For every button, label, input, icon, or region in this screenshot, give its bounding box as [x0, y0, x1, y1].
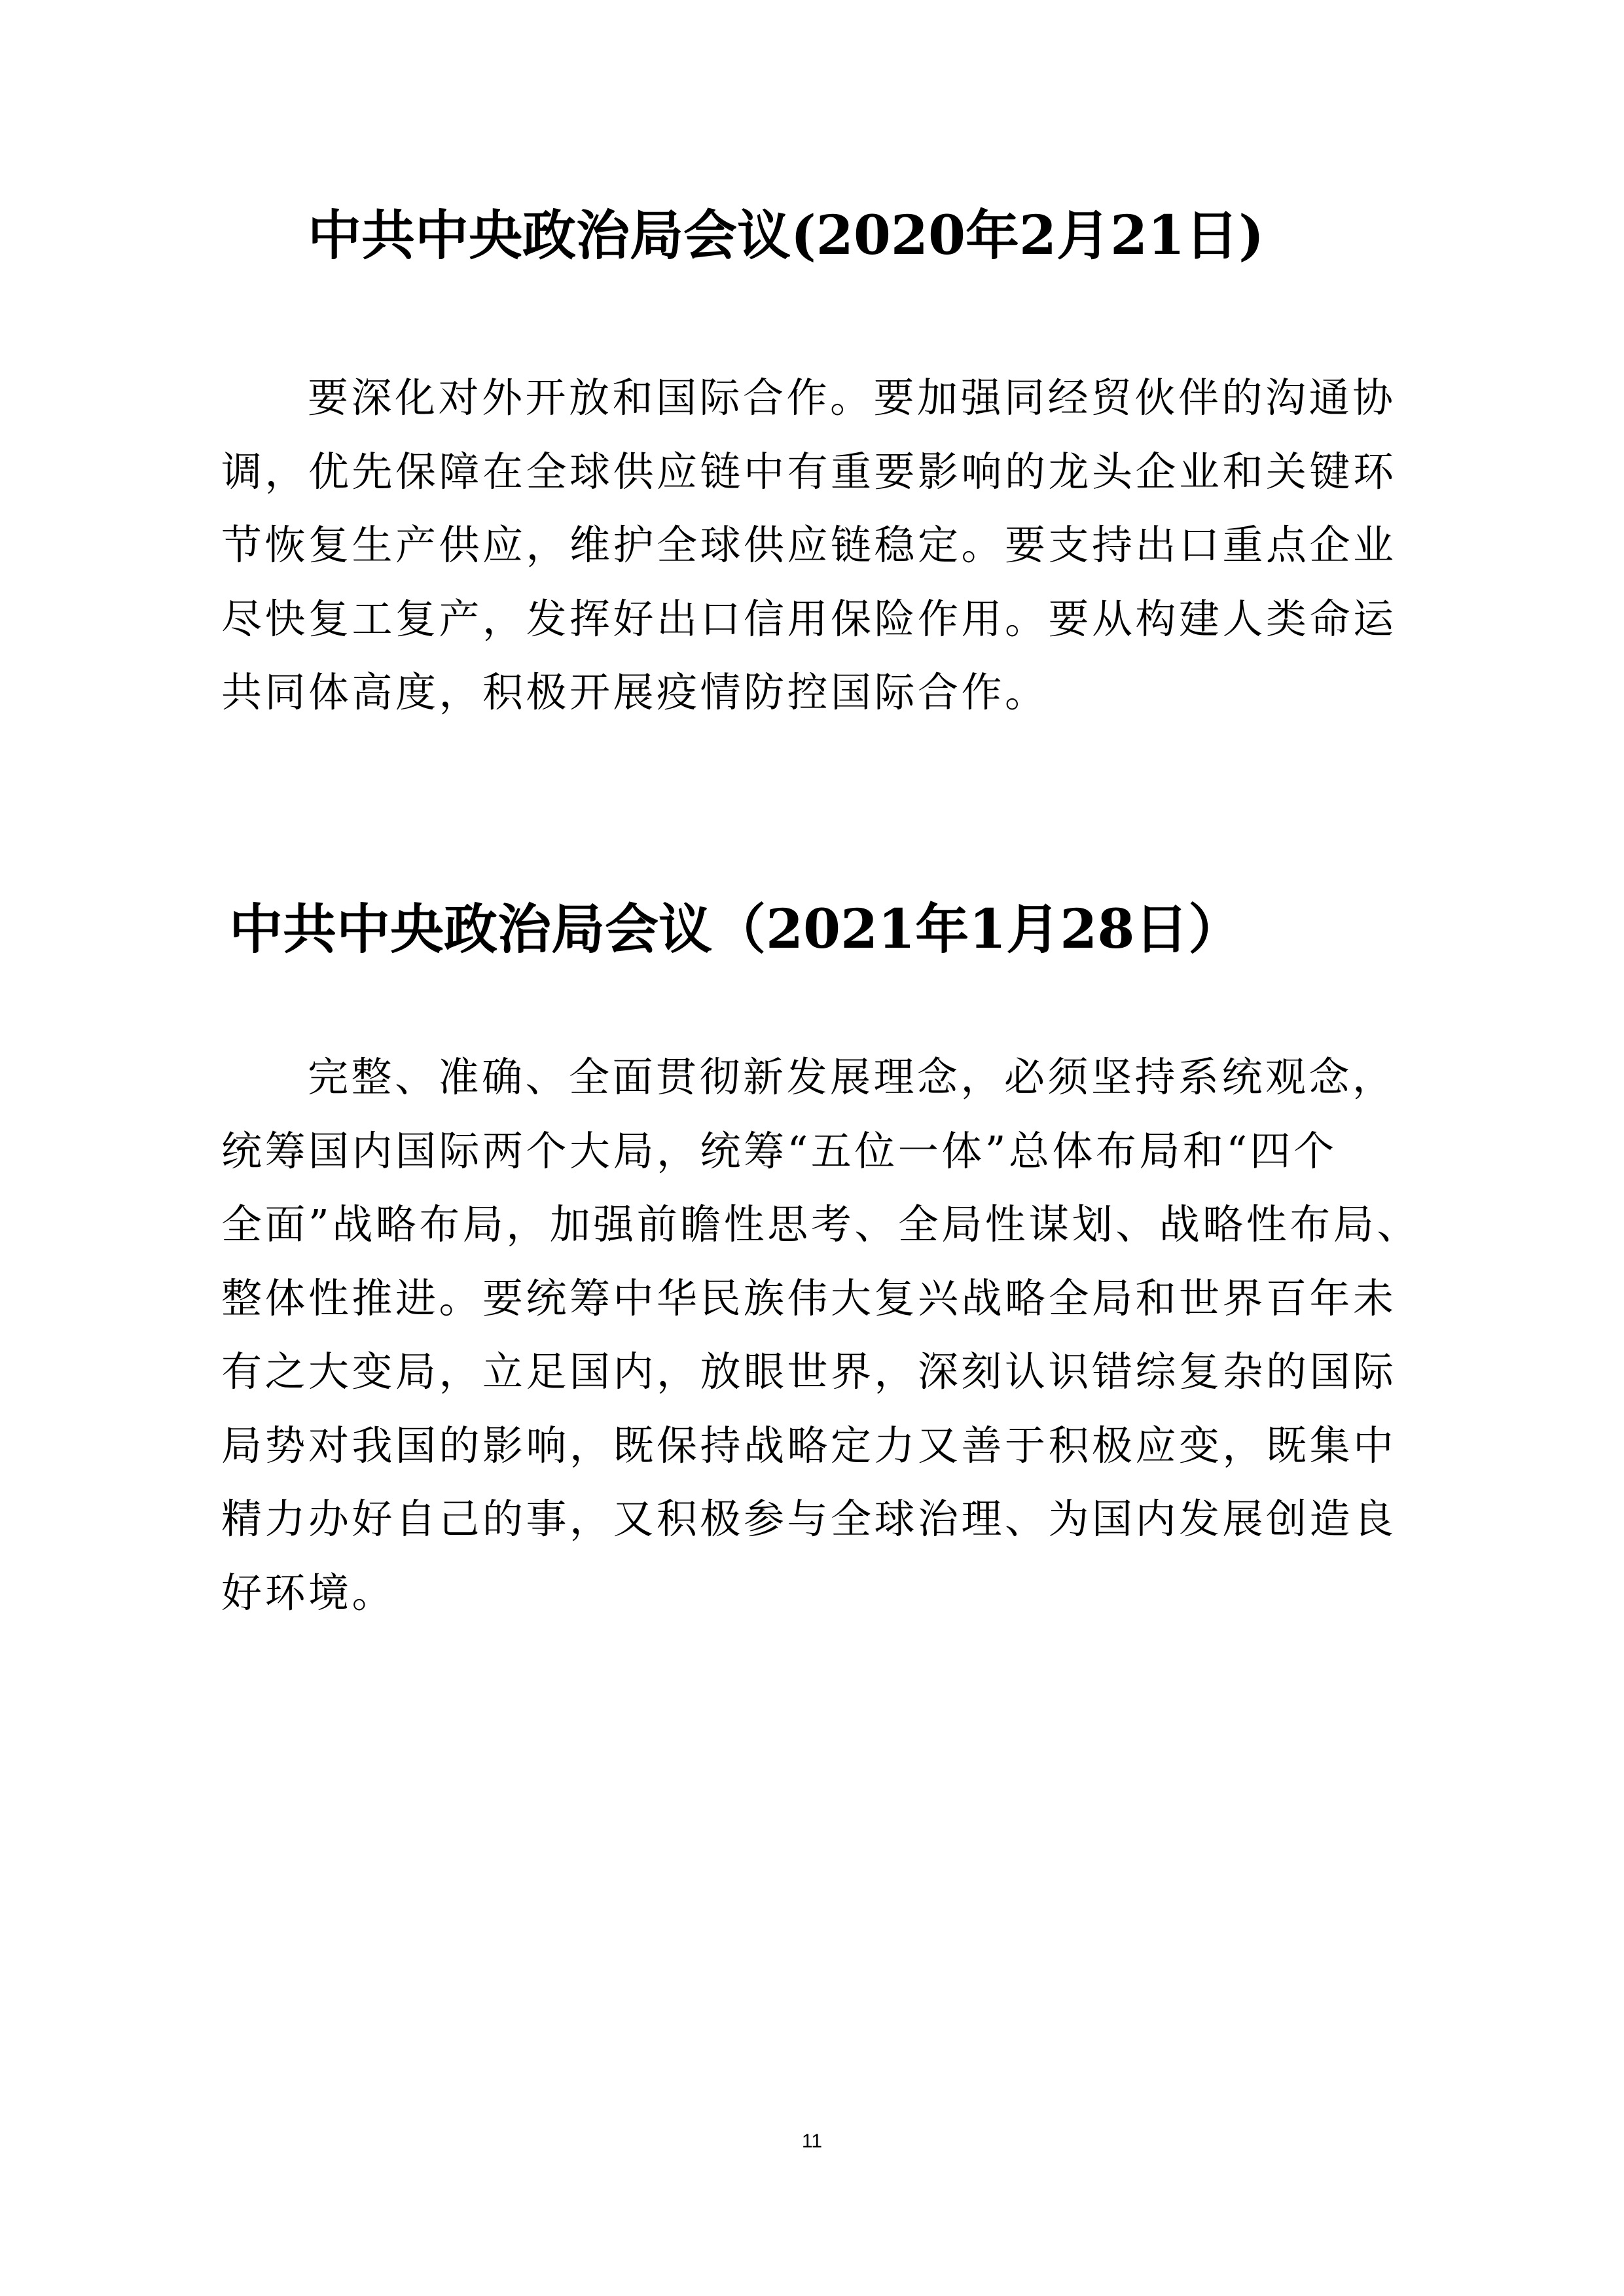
paragraph-line: 全面”战略布局，加强前瞻性思考、全局性谋划、战略性布局、	[221, 1188, 1407, 1262]
paragraph-line: 尽快复工复产，发挥好出口信用保险作用。要从构建人类命运	[221, 583, 1407, 656]
page-number: 11	[0, 2128, 1624, 2155]
paragraph-line: 有之大变局，立足国内，放眼世界，深刻认识错综复杂的国际	[221, 1335, 1407, 1409]
paragraph-line: 统筹国内国际两个大局，统筹“五位一体”总体布局和“四个	[221, 1115, 1407, 1189]
paragraph-line: 好环境。	[221, 1556, 1407, 1630]
paragraph-line: 要深化对外开放和国际合作。要加强同经贸伙伴的沟通协	[221, 361, 1407, 435]
section-paragraph-2021-01-28: 完整、准确、全面贯彻新发展理念，必须坚持系统观念， 统筹国内国际两个大局，统筹“…	[221, 1041, 1407, 1630]
paragraph-line: 共同体高度，积极开展疫情防控国际合作。	[221, 656, 1407, 730]
section-paragraph-2020-02-21: 要深化对外开放和国际合作。要加强同经贸伙伴的沟通协 调，优先保障在全球供应链中有…	[221, 361, 1407, 730]
paragraph-line: 局势对我国的影响，既保持战略定力又善于积极应变，既集中	[221, 1409, 1407, 1483]
paragraph-line: 精力办好自己的事，又积极参与全球治理、为国内发展创造良	[221, 1482, 1407, 1556]
section-title-2020-02-21: 中共中央政治局会议(2020年2月21日)	[308, 203, 1264, 268]
document-page: 中共中央政治局会议(2020年2月21日) 要深化对外开放和国际合作。要加强同经…	[0, 0, 1624, 2296]
paragraph-line: 完整、准确、全面贯彻新发展理念，必须坚持系统观念，	[221, 1041, 1407, 1115]
paragraph-line: 整体性推进。要统筹中华民族伟大复兴战略全局和世界百年未	[221, 1262, 1407, 1336]
paragraph-line: 调，优先保障在全球供应链中有重要影响的龙头企业和关键环	[221, 435, 1407, 509]
section-title-2021-01-28: 中共中央政治局会议（2021年1月28日）	[229, 897, 1242, 962]
paragraph-line: 节恢复生产供应，维护全球供应链稳定。要支持出口重点企业	[221, 509, 1407, 583]
